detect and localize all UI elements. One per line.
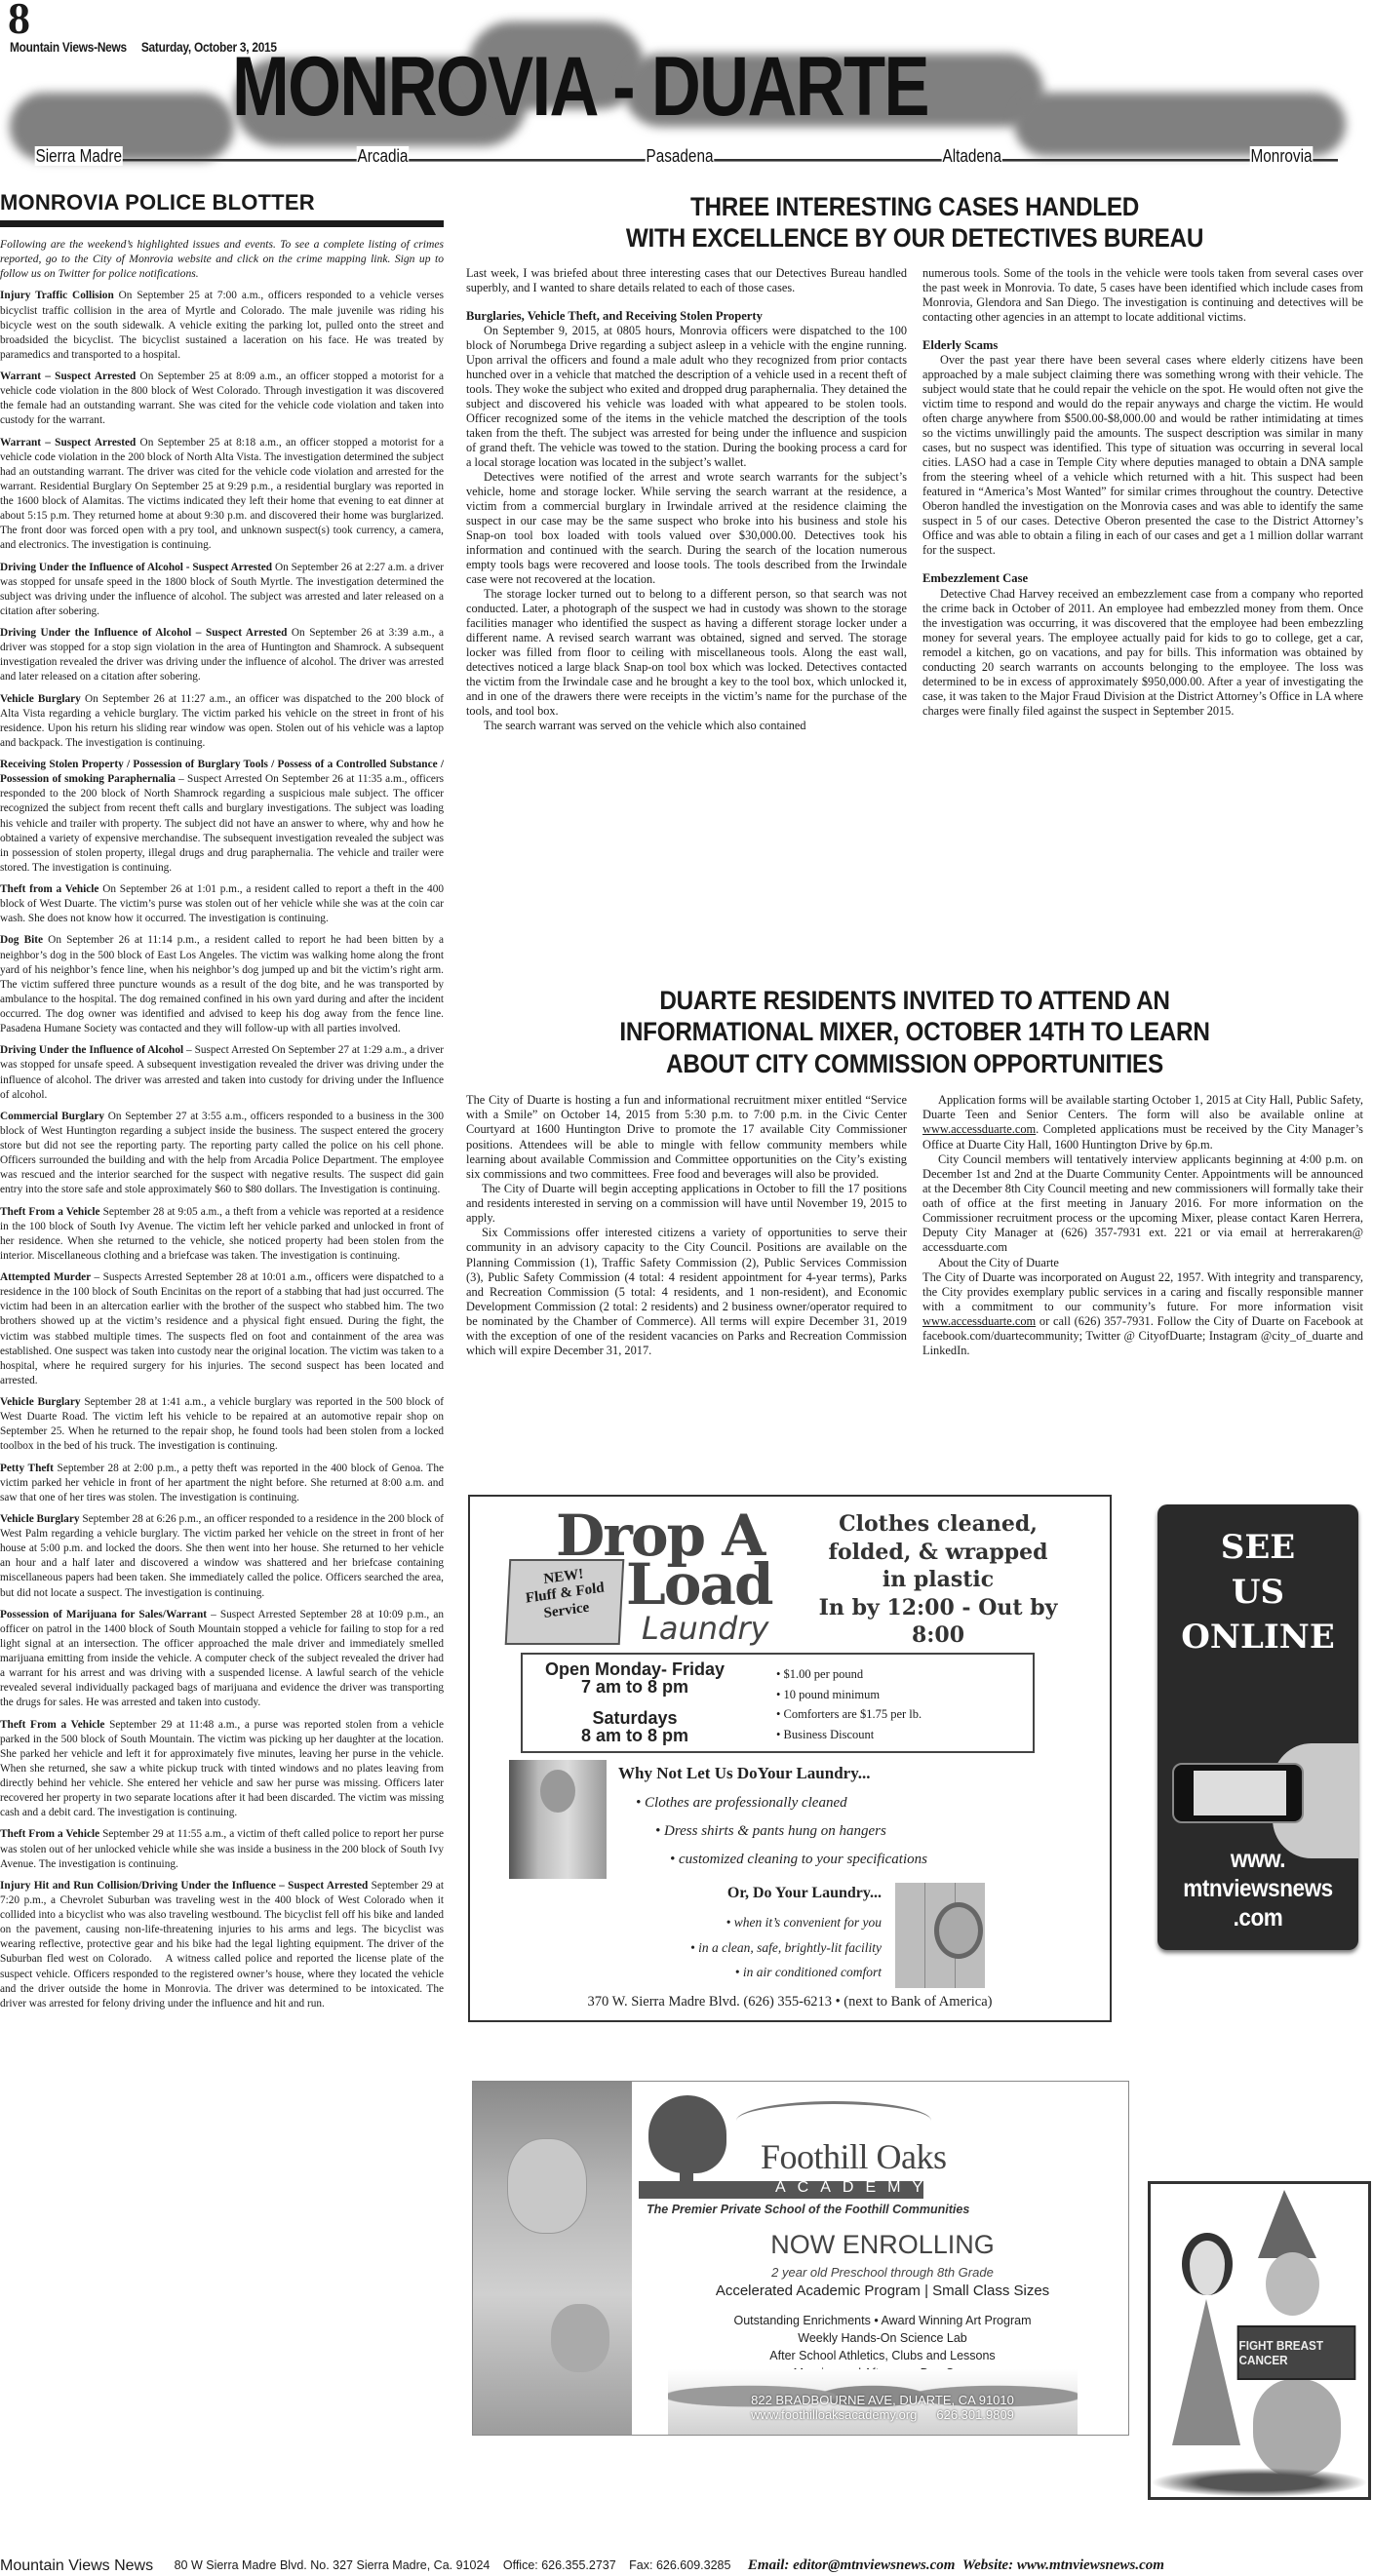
article-paragraph: The search warrant was served on the veh…	[466, 719, 907, 733]
school-tagline: The Premier Private School of the Foothi…	[647, 2203, 969, 2216]
entry-heading: Commercial Burglary	[0, 1111, 104, 1122]
article-column: The City of Duarte is hosting a fun and …	[466, 1093, 907, 1358]
entry-heading: Vehicle Burglary	[0, 1396, 80, 1408]
brand-laundry: Laundry	[642, 1610, 768, 1647]
pumpkin-illustration	[1253, 2379, 1341, 2477]
entry-heading: Driving Under the Influence of Alcohol –…	[0, 627, 287, 639]
blotter-title: MONROVIA POLICE BLOTTER	[0, 191, 444, 215]
footer-address: 80 W Sierra Madre Blvd. No. 327 Sierra M…	[175, 2558, 490, 2572]
entry-heading: Warrant – Suspect Arrested	[0, 437, 136, 449]
grade-range: 2 year old Preschool through 8th Grade	[635, 2265, 1129, 2280]
entry-heading: Injury Traffic Collision	[0, 290, 114, 301]
school-name: Foothill Oaks	[761, 2136, 947, 2177]
article-paragraph: The City of Duarte will begin accepting …	[466, 1182, 907, 1226]
brand-load: Load	[626, 1551, 772, 1618]
scarecrow-illustration	[1266, 2252, 1319, 2316]
awareness-sign: FIGHT BREAST CANCER	[1237, 2325, 1356, 2380]
article-paragraph: Application forms will be available star…	[922, 1093, 1363, 1152]
article-subheading: About the City of Duarte	[922, 1256, 1363, 1270]
blotter-entry: Commercial Burglary On September 27 at 3…	[0, 1110, 444, 1198]
fight-breast-cancer-ad: FIGHT BREAST CANCER	[1148, 2181, 1371, 2500]
entry-heading: Vehicle Burglary	[0, 693, 81, 705]
entry-heading: Theft From a Vehicle	[0, 1719, 104, 1731]
laundry-address: 370 W. Sierra Madre Blvd. (626) 355-6213…	[470, 1994, 1110, 2010]
school-academy-label: ACADEMY	[775, 2179, 934, 2197]
article-paragraph: Six Commissions offer interested citizen…	[466, 1226, 907, 1358]
article-paragraph: Detective Chad Harvey received an embezz…	[922, 587, 1363, 719]
city-label: Arcadia	[355, 146, 411, 167]
entry-heading: Theft From a Vehicle	[0, 1828, 99, 1840]
entry-heading: Injury Hit and Run Collision/Driving Und…	[0, 1880, 368, 1892]
entry-heading: Petty Theft	[0, 1463, 54, 1474]
title-rule	[0, 220, 444, 227]
see-us-online-ad[interactable]: SEE US ONLINE www. mtnviewsnews .com	[1157, 1504, 1358, 1950]
city-label: Sierra Madre	[33, 146, 125, 167]
accessduarte-link[interactable]: www.accessduarte.com	[922, 1122, 1036, 1136]
entry-body: – Suspects Arrested September 28 at 10:0…	[0, 1271, 444, 1386]
smartphone-icon	[1172, 1763, 1304, 1823]
blotter-entry: Driving Under the Influence of Alcohol –…	[0, 1043, 444, 1103]
entry-heading: Attempted Murder	[0, 1271, 91, 1283]
footer-paper-name: Mountain Views News	[0, 2557, 153, 2574]
section-heading: Elderly Scams	[922, 338, 1363, 353]
entry-body: – Suspect Arrested On September 26 at 11…	[0, 773, 444, 874]
hours-list: Open Monday- Friday 7 am to 8 pm Saturda…	[523, 1660, 747, 1744]
blotter-intro: Following are the weekend’s highlighted …	[0, 237, 444, 281]
footer-fax: Fax: 626.609.3285	[629, 2558, 730, 2572]
school-phone: 626.301.9809	[936, 2407, 1014, 2422]
blotter-entry: Theft From a Vehicle September 28 at 9:0…	[0, 1205, 444, 1265]
why-heading: Why Not Let Us DoYour Laundry...	[618, 1764, 871, 1783]
blotter-entry: Attempted Murder – Suspects Arrested Sep…	[0, 1270, 444, 1388]
article-column: Last week, I was briefed about three int…	[466, 266, 907, 733]
blotter-entry: Possession of Marijuana for Sales/Warran…	[0, 1608, 444, 1711]
entry-heading: Driving Under the Influence of Alcohol -…	[0, 562, 272, 573]
article-paragraph: Detectives were notified of the arrest a…	[466, 470, 907, 587]
school-website[interactable]: www.foothilloaksacademy.org	[751, 2407, 917, 2422]
blotter-entry: Driving Under the Influence of Alcohol -…	[0, 561, 444, 620]
now-enrolling: NOW ENROLLING	[635, 2230, 1129, 2260]
blotter-entry: Warrant – Suspect Arrested On September …	[0, 436, 444, 554]
foothill-oaks-academy-ad: Foothill Oaks ACADEMY The Premier Privat…	[472, 2081, 1129, 2436]
entry-heading: Theft from a Vehicle	[0, 883, 98, 895]
website-url: www. mtnviewsnews .com	[1167, 1845, 1348, 1932]
blotter-entry: Receiving Stolen Property / Possession o…	[0, 758, 444, 876]
laundry-headline: Clothes cleaned, folded, & wrapped in pl…	[806, 1510, 1070, 1650]
woman-photo	[509, 1760, 607, 1879]
page-footer: Mountain Views News 80 W Sierra Madre Bl…	[0, 2556, 1373, 2576]
entry-heading: Vehicle Burglary	[0, 1513, 79, 1525]
blotter-entry: Dog Bite On September 26 at 11:14 p.m., …	[0, 933, 444, 1036]
students-photo	[473, 2082, 632, 2436]
online-headline: SEE US ONLINE	[1157, 1526, 1358, 1660]
article-column: numerous tools. Some of the tools in the…	[922, 266, 1363, 733]
pricing-list: $1.00 per pound 10 pound minimum Comfort…	[776, 1664, 922, 1745]
program-summary: Accelerated Academic Program | Small Cla…	[635, 2283, 1129, 2299]
ground-shadow	[1151, 2468, 1368, 2497]
detectives-article: THREE INTERESTING CASES HANDLED WITH EXC…	[466, 191, 1363, 733]
article-paragraph: Over the past year there have been sever…	[922, 353, 1363, 558]
laundry-logo: NEW! Fluff & Fold Service Drop A Load La…	[497, 1508, 804, 1645]
accessduarte-link[interactable]: www.accessduarte.com	[922, 1314, 1036, 1328]
or-bullets: when it’s convenient for you in a clean,…	[577, 1910, 882, 1985]
footer-office-phone: Office: 626.355.2737	[503, 2558, 616, 2572]
washing-machines-photo	[895, 1883, 985, 1988]
entry-body: September 28 at 6:26 p.m., an officer re…	[0, 1513, 444, 1599]
city-label: Monrovia	[1248, 146, 1314, 167]
blotter-entry: Driving Under the Influence of Alcohol –…	[0, 626, 444, 685]
article-intro: Last week, I was briefed about three int…	[466, 266, 907, 295]
paper-name: Mountain Views-News	[10, 39, 127, 55]
footer-email[interactable]: Email: editor@mtnviewsnews.com	[748, 2557, 955, 2573]
duarte-article: DUARTE RESIDENTS INVITED TO ATTEND AN IN…	[466, 985, 1363, 1358]
entry-body: September 28 at 2:00 p.m., a petty theft…	[0, 1463, 444, 1503]
blotter-entry: Theft from a Vehicle On September 26 at …	[0, 882, 444, 926]
blotter-entry: Petty Theft September 28 at 2:00 p.m., a…	[0, 1462, 444, 1505]
entry-body: On September 26 at 11:14 p.m., a residen…	[0, 934, 444, 1034]
article-paragraph: The City of Duarte is hosting a fun and …	[466, 1093, 907, 1182]
blotter-entry: Theft From a Vehicle September 29 at 11:…	[0, 1827, 444, 1871]
section-title: MONROVIA - DUARTE	[232, 45, 928, 129]
article-paragraph: City Council members will tentatively in…	[922, 1152, 1363, 1256]
city-label: Altadena	[940, 146, 1004, 167]
blotter-entry: Injury Hit and Run Collision/Driving Und…	[0, 1879, 444, 2011]
footer-website[interactable]: Website: www.mtnviewsnews.com	[962, 2557, 1164, 2573]
article-paragraph: numerous tools. Some of the tools in the…	[922, 266, 1363, 325]
article-headline: THREE INTERESTING CASES HANDLED WITH EXC…	[511, 191, 1318, 254]
blotter-entry: Vehicle Burglary September 28 at 6:26 p.…	[0, 1512, 444, 1601]
hours-box: Open Monday- Friday 7 am to 8 pm Saturda…	[521, 1653, 1035, 1753]
blotter-entry: Vehicle Burglary September 28 at 1:41 a.…	[0, 1395, 444, 1455]
section-heading: Embezzlement Case	[922, 571, 1363, 586]
entry-heading: Theft From a Vehicle	[0, 1206, 100, 1218]
school-contact: 822 BRADBOURNE AVE, DUARTE, CA 91010 www…	[635, 2394, 1129, 2423]
entry-heading: Driving Under the Influence of Alcohol	[0, 1044, 183, 1056]
entry-heading: Possession of Marijuana for Sales/Warran…	[0, 1609, 207, 1620]
blotter-entry: Warrant – Suspect Arrested On September …	[0, 370, 444, 429]
police-blotter: MONROVIA POLICE BLOTTER Following are th…	[0, 191, 444, 2018]
article-paragraph: The City of Duarte was incorporated on A…	[922, 1270, 1363, 1359]
or-heading: Or, Do Your Laundry...	[655, 1885, 882, 1902]
scarecrow-hat-illustration	[1258, 2190, 1316, 2258]
hills-logo-graphic	[736, 2101, 931, 2140]
section-heading: Burglaries, Vehicle Theft, and Receiving…	[466, 309, 907, 324]
entry-heading: Dog Bite	[0, 934, 43, 946]
entry-body: September 29 at 7:20 p.m., a Chevrolet S…	[0, 1880, 444, 2010]
entry-heading: Warrant – Suspect Arrested	[0, 371, 136, 382]
blotter-entry: Theft From a Vehicle September 29 at 11:…	[0, 1718, 444, 1821]
why-bullets: Clothes are professionally cleaned Dress…	[636, 1789, 927, 1873]
page-number: 8	[8, 0, 30, 41]
article-paragraph: On September 9, 2015, at 0805 hours, Mon…	[466, 324, 907, 470]
article-column: Application forms will be available star…	[922, 1093, 1363, 1358]
laundry-basket-icon: NEW! Fluff & Fold Service	[505, 1559, 625, 1645]
masthead: 8 Mountain Views-News Saturday, October …	[0, 0, 1373, 185]
article-headline: DUARTE RESIDENTS INVITED TO ATTEND AN IN…	[511, 985, 1318, 1079]
drop-a-load-laundry-ad: NEW! Fluff & Fold Service Drop A Load La…	[468, 1495, 1112, 2022]
blotter-entries: Injury Traffic Collision On September 25…	[0, 289, 444, 2011]
entry-body: September 29 at 11:48 a.m., a purse was …	[0, 1719, 444, 1819]
entry-body: On September 27 at 3:55 a.m., officers r…	[0, 1111, 444, 1196]
fluff-fold-badge: NEW! Fluff & Fold Service	[507, 1561, 622, 1626]
blotter-entry: Injury Traffic Collision On September 25…	[0, 289, 444, 363]
article-paragraph: The storage locker turned out to belong …	[466, 587, 907, 719]
witch-illustration	[1172, 2233, 1240, 2496]
entry-body: On September 25 at 8:18 a.m., an officer…	[0, 437, 444, 552]
blotter-entry: Vehicle Burglary On September 26 at 11:2…	[0, 692, 444, 752]
entry-body: – Suspect Arrested September 28 at 10:09…	[0, 1609, 444, 1709]
city-label: Pasadena	[644, 146, 716, 167]
